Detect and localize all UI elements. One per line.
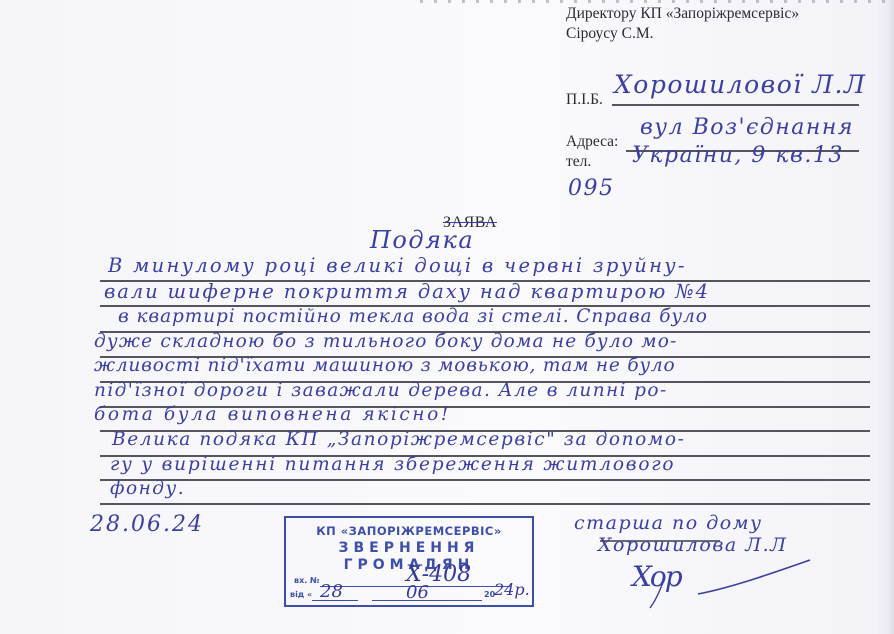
body-line: вали шиферне покриття даху над квартирою… (104, 280, 710, 303)
body-line: жливості під'їхати машиною з мовькою, та… (94, 355, 675, 376)
body-line: в квартирі постійно текла вода зі стелі.… (118, 306, 708, 327)
body-line: фонду. (110, 478, 185, 499)
letter-date: 28.06.24 (90, 512, 204, 537)
phone-label: тел. (566, 152, 591, 172)
stamp-day-value: 28 (320, 581, 343, 602)
body-line: В минулому році великі дощі в червні зру… (108, 254, 687, 277)
body-line: гу у вирішенні питання збереження житлов… (110, 454, 675, 475)
stamp-month-value: 06 (406, 582, 429, 603)
name-label: П.І.Б. (566, 90, 603, 110)
address-value-line-2: України, 9 кв.13 (632, 143, 844, 168)
stamp-date-label: від « (290, 590, 312, 599)
ruled-line (100, 503, 870, 505)
name-value: Хорошилової Л.Л (614, 70, 866, 99)
ruled-line (100, 479, 870, 481)
body-line: бота була виповнена якісно! (94, 404, 451, 425)
stamp-year-value: 24р. (494, 580, 530, 599)
address-value-line-1: вул Воз'єднання (640, 115, 854, 140)
body-line: дуже складною бо з тильного боку дома не… (94, 331, 678, 352)
stamp-line-2: ЗВЕРНЕННЯ (286, 540, 532, 556)
phone-value: 095 (568, 176, 615, 201)
addressee-line-1: Директору КП «Запоріжремсервіс» (566, 4, 799, 24)
address-label: Адреса: (566, 132, 618, 152)
signature-stroke (620, 550, 820, 610)
stamp-incoming-label: вх. № (294, 576, 320, 585)
addressee-line-2: Сіроусу С.М. (566, 24, 653, 44)
body-line: Велика подяка КП „Запоріжремсервіс" за д… (112, 429, 685, 450)
signature-role: старша по дому (574, 512, 762, 534)
stamp-org: КП «ЗАПОРІЖРЕМСЕРВІС» (286, 524, 532, 538)
body-line: під'їзної дороги і заважали дерева. Але … (94, 380, 668, 401)
page-edge (886, 0, 894, 634)
registration-stamp: КП «ЗАПОРІЖРЕМСЕРВІС» ЗВЕРНЕННЯ ГРОМАДЯН… (284, 516, 534, 607)
name-underline (612, 104, 859, 106)
top-perforation (420, 0, 894, 3)
handwritten-title: Подяка (370, 226, 474, 254)
